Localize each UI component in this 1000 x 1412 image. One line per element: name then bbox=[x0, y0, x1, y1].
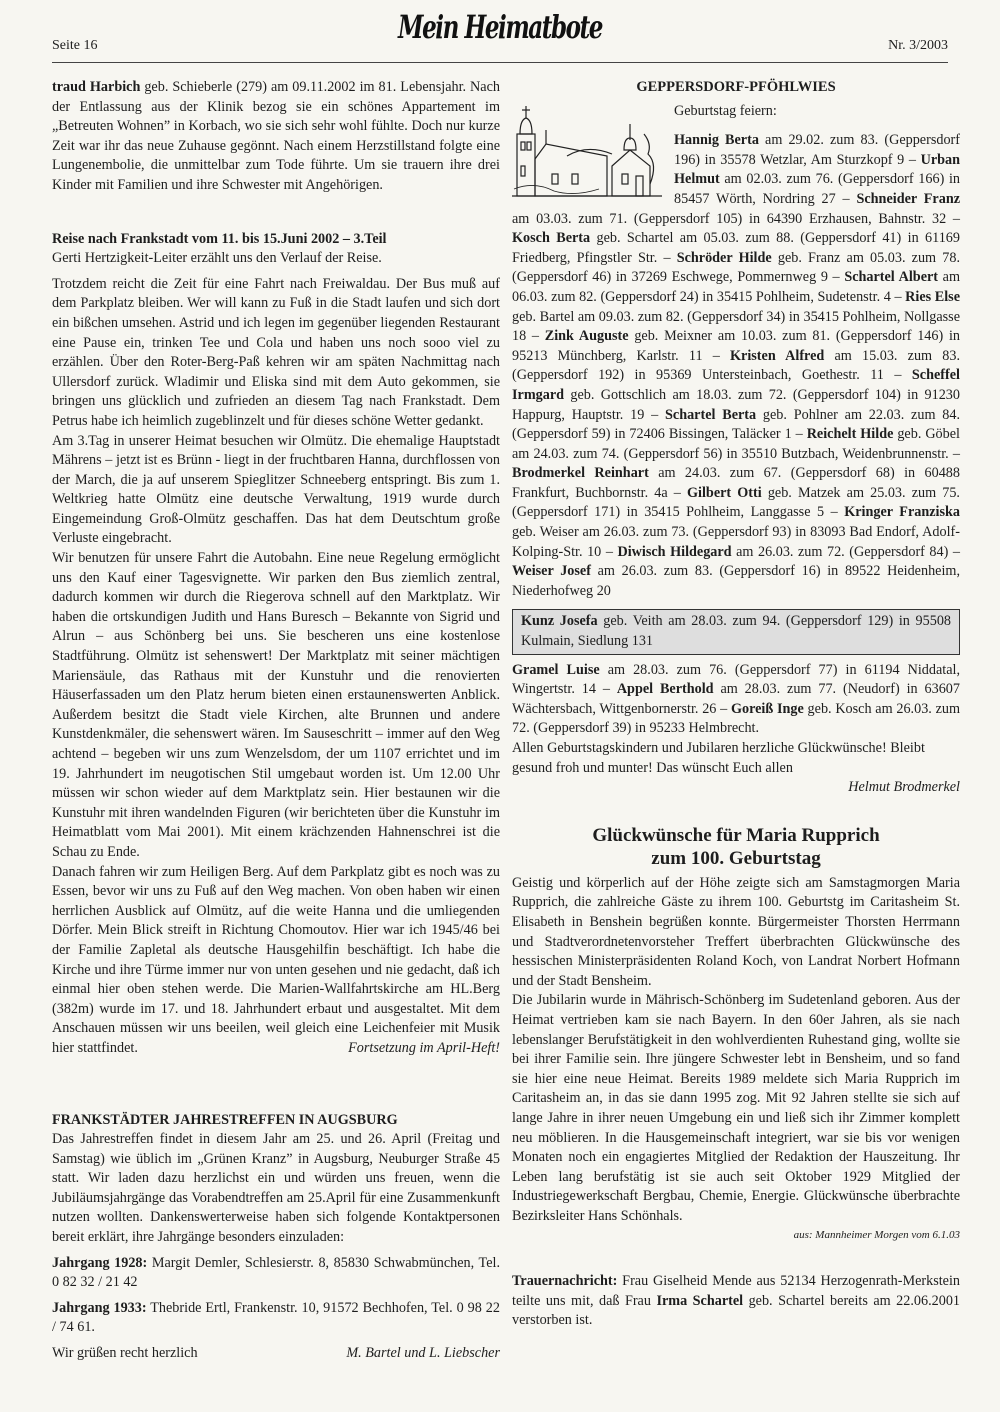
travel-article-paragraph: Trotzdem reicht die Zeit für eine Fahrt … bbox=[52, 275, 500, 432]
masthead-logo: Mein Heimatbote bbox=[398, 8, 602, 46]
obituary-name: traud Harbich bbox=[52, 79, 140, 95]
centenarian-paragraph: Die Jubilarin wurde in Mährisch-Schönber… bbox=[512, 991, 960, 1226]
contact-1928: Jahrgang 1928: Margit Demler, Schlesiers… bbox=[52, 1254, 500, 1293]
continuation-note: Fortsetzung im April-Heft! bbox=[348, 1039, 500, 1059]
page-header: Seite 16 Mein Heimatbote Nr. 3/2003 bbox=[52, 0, 948, 63]
reunion-title: FRANKSTÄDTER JAHRESTREFFEN IN AUGSBURG bbox=[52, 1111, 500, 1131]
highlighted-birthday-box: Kunz Josefa geb. Veith am 28.03. zum 94.… bbox=[512, 609, 960, 654]
centenarian-source: aus: Mannheimer Morgen vom 6.1.03 bbox=[512, 1226, 960, 1246]
page-number: Seite 16 bbox=[52, 38, 98, 54]
contact-1933: Jahrgang 1933: Thebride Ertl, Frankenstr… bbox=[52, 1299, 500, 1338]
birthdays-closing: Allen Geburtstagskindern und Jubilaren h… bbox=[512, 739, 960, 778]
travel-article-paragraph: Am 3.Tag in unserer Heimat besuchen wir … bbox=[52, 432, 500, 550]
travel-article-paragraph: Wir benutzen für unsere Fahrt die Autoba… bbox=[52, 549, 500, 863]
birthdays-intro: Geburtstag feiern: bbox=[674, 102, 960, 122]
birthdays-title: GEPPERSDORF-PFÖHLWIES bbox=[512, 78, 960, 98]
birthday-list-continued: Gramel Luise am 28.03. zum 76. (Geppersd… bbox=[512, 661, 960, 739]
centenarian-title: Glückwünsche für Maria Rupprich zum 100.… bbox=[512, 824, 960, 870]
birthdays-signature: Helmut Brodmerkel bbox=[512, 778, 960, 798]
left-column: traud Harbich geb. Schieberle (279) am 0… bbox=[52, 78, 500, 1364]
travel-article-title: Reise nach Frankstadt vom 11. bis 15.Jun… bbox=[52, 230, 500, 250]
right-column: GEPPERSDORF-PFÖHLWIES Geburtstag feiern:… bbox=[512, 78, 960, 1331]
issue-number: Nr. 3/2003 bbox=[888, 38, 948, 54]
travel-article-paragraph: Danach fahren wir zum Heiligen Berg. Auf… bbox=[52, 863, 500, 1059]
reunion-signature: M. Bartel und L. Liebscher bbox=[346, 1344, 500, 1364]
centenarian-paragraph: Geistig und körperlich auf der Höhe zeig… bbox=[512, 874, 960, 992]
obituary-continued: traud Harbich geb. Schieberle (279) am 0… bbox=[52, 78, 500, 196]
mourning-notice: Trauernachricht: Frau Giselheid Mende au… bbox=[512, 1272, 960, 1331]
church-illustration-icon bbox=[512, 104, 662, 204]
reunion-greeting: Wir grüßen recht herzlich M. Bartel und … bbox=[52, 1344, 500, 1364]
travel-article-intro: Gerti Hertzigkeit-Leiter erzählt uns den… bbox=[52, 249, 500, 269]
reunion-text: Das Jahrestreffen findet in diesem Jahr … bbox=[52, 1130, 500, 1248]
